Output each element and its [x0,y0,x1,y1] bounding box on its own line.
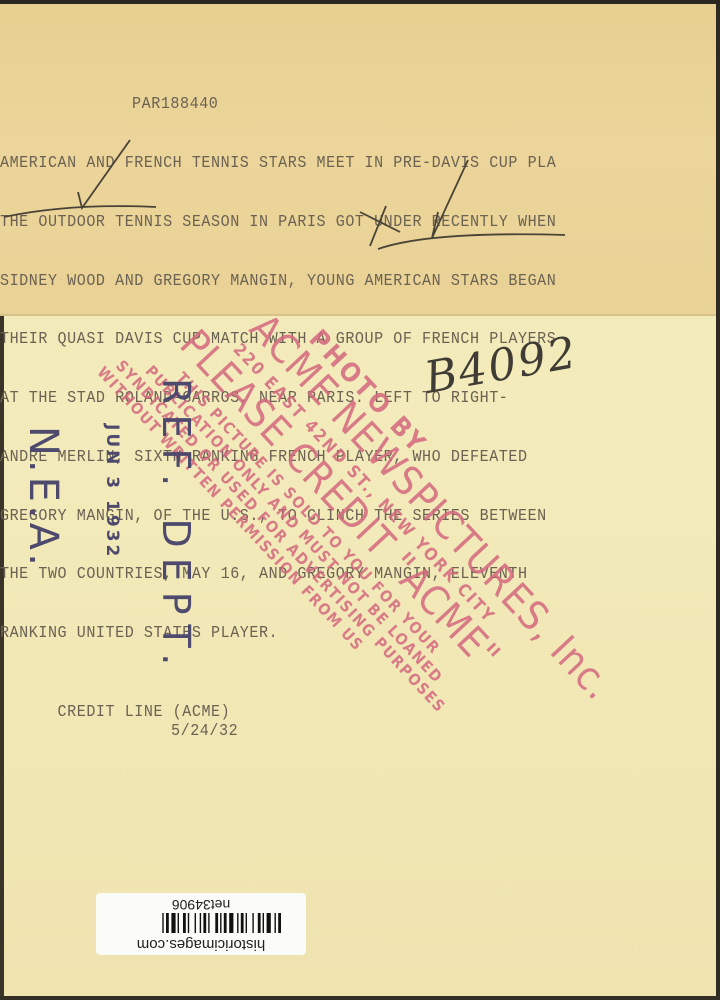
barcode-icon [121,913,281,933]
nea-stamp: N.E.A. [20,426,66,570]
credit-line: CREDIT LINE (ACME) [58,703,231,721]
caption-line: THEIR QUASI DAVIS CUP MATCH WITH A GROUP… [0,330,707,350]
scan-edge-bottom [0,996,720,1000]
pencil-underline-mangin [370,225,570,255]
received-date-stamp: JUN 3 1932 [102,424,122,559]
caption-line: SIDNEY WOOD AND GREGORY MANGIN, YOUNG AM… [0,272,707,292]
pencil-underline-merlin [0,195,160,225]
barcode-code: net34906 [96,897,306,913]
ref-dept-stamp: REF. DEPT. [154,378,198,675]
barcode-site: historicimages.com [96,936,306,953]
barcode-label: historicimages.com net34906 [96,893,306,955]
reference-id: PAR188440 [0,95,707,115]
caption-date: 5/24/32 [171,722,238,740]
